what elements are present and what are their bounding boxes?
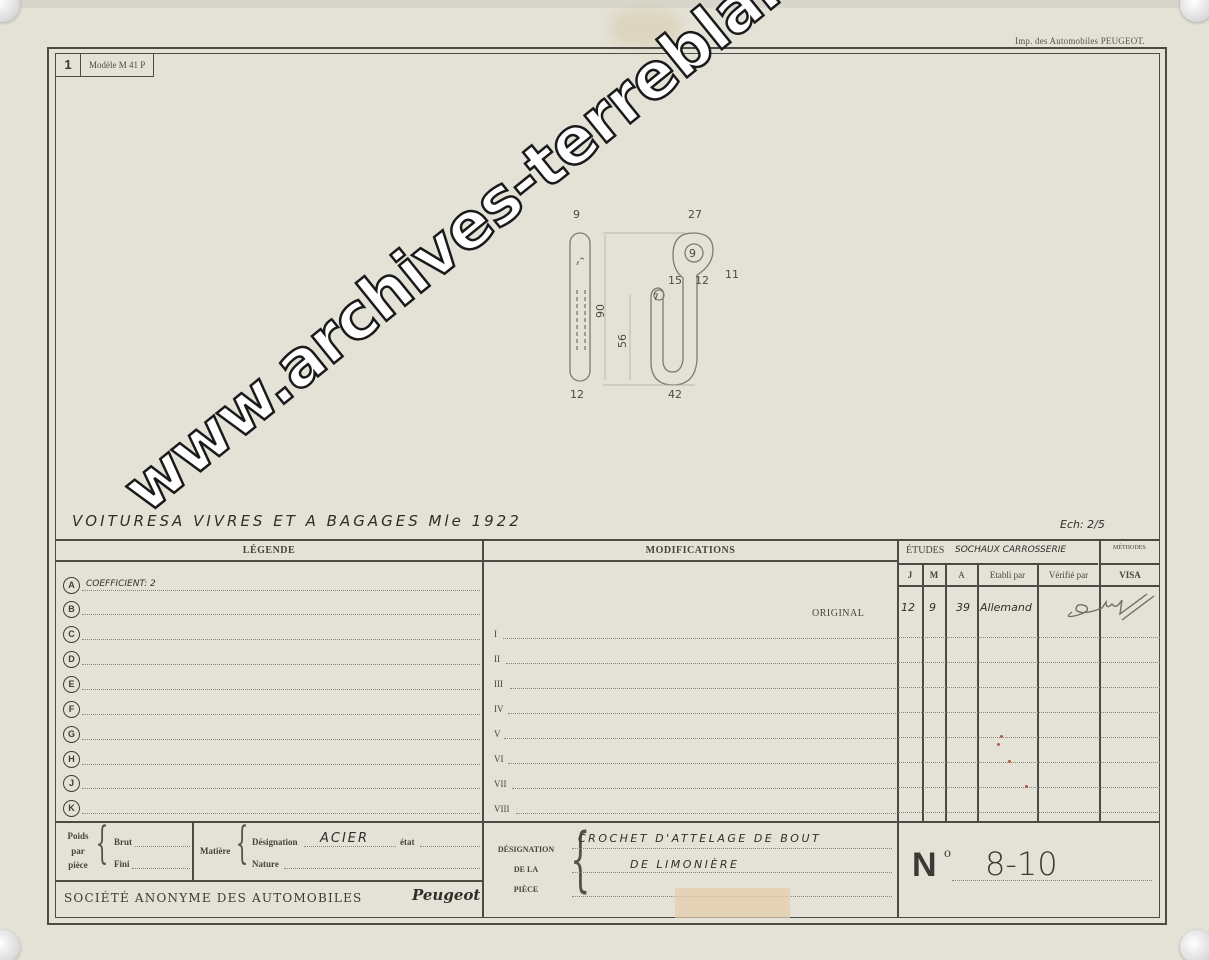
legende-modif-divider (482, 540, 484, 918)
svg-text:7: 7 (653, 293, 659, 303)
modif-line-4 (508, 713, 896, 714)
etudes-row-line (898, 637, 1160, 638)
modif-line-8 (516, 813, 896, 814)
legende-line-a (82, 590, 480, 591)
col-header-visa: VISA (1100, 570, 1160, 580)
modif-label-2: II (494, 654, 500, 664)
modif-line-7 (512, 788, 896, 789)
col-header-j: J (898, 570, 922, 580)
legende-letter-f: F (63, 701, 80, 718)
etudes-handwritten: SOCHAUX CARROSSERIE (955, 545, 1066, 555)
col-line-etabli (1037, 564, 1039, 822)
etudes-colhead-line (898, 585, 1160, 587)
original-year: 39 (956, 601, 970, 614)
etudes-header-line (898, 563, 1098, 565)
fini-line (132, 868, 190, 869)
legende-line-c (82, 639, 480, 640)
svg-text:9: 9 (573, 208, 580, 221)
modif-etudes-divider (897, 540, 899, 918)
legende-line-j (82, 788, 480, 789)
svg-text:27: 27 (688, 208, 702, 221)
modif-line-1 (503, 638, 896, 639)
drawing-title-handwritten: VOITURESA VIVRES ET A BAGAGES Mle 1922 (72, 512, 522, 530)
matiere-label: Matière (200, 846, 230, 856)
svg-text:12: 12 (695, 274, 709, 287)
col-header-verifie: Vérifié par (1038, 570, 1099, 580)
legende-letter-h: H (63, 751, 80, 768)
poids-label-2: par (60, 846, 96, 856)
legende-line-h (82, 764, 480, 765)
modifications-header: MODIFICATIONS (484, 545, 897, 556)
svg-text:42: 42 (668, 388, 682, 401)
legende-letter-g: G (63, 726, 80, 743)
original-etabli-par: Allemand (980, 601, 1032, 614)
piece-row-line-2 (572, 872, 892, 873)
modif-label-8: VIII (494, 804, 510, 814)
legende-line-g (82, 739, 480, 740)
drawing-scale: Ech: 2/5 (1060, 518, 1105, 531)
legende-letter-e: E (63, 676, 80, 693)
modif-label-4: IV (494, 704, 504, 714)
legende-line-b (82, 614, 480, 615)
modif-line-6 (508, 763, 896, 764)
brut-line (135, 846, 190, 847)
methodes-header-line (1100, 563, 1160, 565)
etudes-row-line (898, 687, 1160, 688)
piece-label-3: PIÈCE (484, 885, 568, 894)
model-label: Modèle M 41 P (81, 54, 153, 76)
etudes-row-line (898, 737, 1160, 738)
etudes-header: ÉTUDES (906, 545, 944, 556)
modif-label-5: V (494, 729, 501, 739)
legende-letter-d: D (63, 651, 80, 668)
lower-section-line (56, 821, 1160, 823)
legende-letter-a: A (63, 577, 80, 594)
adhesive-tape (675, 888, 790, 918)
legende-letter-c: C (63, 626, 80, 643)
numero-prefix: N (912, 846, 937, 885)
societe-line (56, 880, 483, 882)
col-header-a: A (946, 570, 977, 580)
legende-line-e (82, 689, 480, 690)
col-header-etabli: Etabli par (978, 570, 1037, 580)
poids-brace: { (96, 818, 109, 869)
svg-text:15: 15 (668, 274, 682, 287)
legende-line-d (82, 664, 480, 665)
etat-label: état (400, 837, 415, 847)
nature-label: Nature (252, 859, 279, 869)
piece-line-2: DE LIMONIÈRE (630, 858, 739, 871)
col-header-m: M (923, 570, 945, 580)
original-label: ORIGINAL (812, 608, 864, 619)
etat-line (420, 846, 480, 847)
model-box: 1 Modèle M 41 P (56, 54, 154, 77)
poids-label-1: Poids (60, 831, 96, 841)
svg-text:9: 9 (689, 247, 696, 260)
svg-text:12: 12 (570, 388, 584, 401)
numero-degree: o (944, 846, 951, 862)
pin-bottom-right (1180, 930, 1209, 960)
modif-label-1: I (494, 629, 497, 639)
modif-label-3: III (494, 679, 503, 689)
visa-signature-icon (1062, 590, 1157, 626)
nature-line (284, 868, 480, 869)
modif-line-3 (510, 688, 896, 689)
col-line-m (945, 564, 947, 822)
modif-line-2 (506, 663, 896, 664)
designation-label: Désignation (252, 837, 298, 847)
col-line-verifie (1099, 540, 1101, 822)
etudes-row-line (898, 787, 1160, 788)
legende-line-f (82, 714, 480, 715)
legende-letter-j: J (63, 775, 80, 792)
matiere-brace: { (236, 818, 249, 869)
legende-line-k (82, 813, 480, 814)
header-divider (56, 560, 898, 562)
table-top-line (56, 539, 1160, 541)
etudes-row-line (898, 712, 1160, 713)
legende-letter-k: K (63, 800, 80, 817)
sheet-number: 1 (56, 54, 81, 76)
modif-line-5 (504, 738, 896, 739)
piece-row-line-1 (572, 848, 892, 849)
poids-matiere-divider (192, 821, 194, 881)
col-line-a (977, 564, 979, 822)
piece-line-1: CROCHET D'ATTELAGE DE BOUT (578, 832, 821, 845)
peugeot-logo: Peugeot (412, 886, 480, 904)
modif-label-6: VI (494, 754, 504, 764)
etudes-row-line (898, 762, 1160, 763)
numero-line (952, 880, 1152, 881)
svg-text:56: 56 (616, 334, 629, 348)
brut-label: Brut (114, 837, 132, 847)
poids-label-3: pièce (60, 860, 96, 870)
designation-line (304, 846, 396, 847)
svg-text:11: 11 (725, 268, 739, 281)
legende-letter-b: B (63, 601, 80, 618)
company-name: SOCIÉTÉ ANONYME DES AUTOMOBILES (64, 891, 362, 905)
printer-credit: Imp. des Automobiles PEUGEOT. (1015, 36, 1145, 46)
modif-label-7: VII (494, 779, 507, 789)
technical-drawing: 9 27 9 15 12 11 7 90 56 12 42 (555, 200, 795, 410)
fini-label: Fini (114, 859, 130, 869)
etudes-row-line (898, 662, 1160, 663)
etudes-row-line (898, 812, 1160, 813)
piece-brace: { (570, 818, 590, 900)
piece-label-2: DE LA (484, 865, 568, 874)
original-month: 9 (929, 601, 936, 614)
original-day: 12 (901, 601, 915, 614)
svg-text:90: 90 (594, 304, 607, 318)
designation-value: ACIER (320, 831, 369, 846)
col-line-j (922, 564, 924, 822)
methodes-label: MÉTHODES (1113, 545, 1146, 551)
drawing-number: 8-10 (985, 845, 1058, 883)
piece-label-1: DÉSIGNATION (484, 845, 568, 854)
legende-text-a: COEFFICIENT: 2 (86, 579, 156, 589)
legende-header: LÉGENDE (56, 545, 482, 556)
